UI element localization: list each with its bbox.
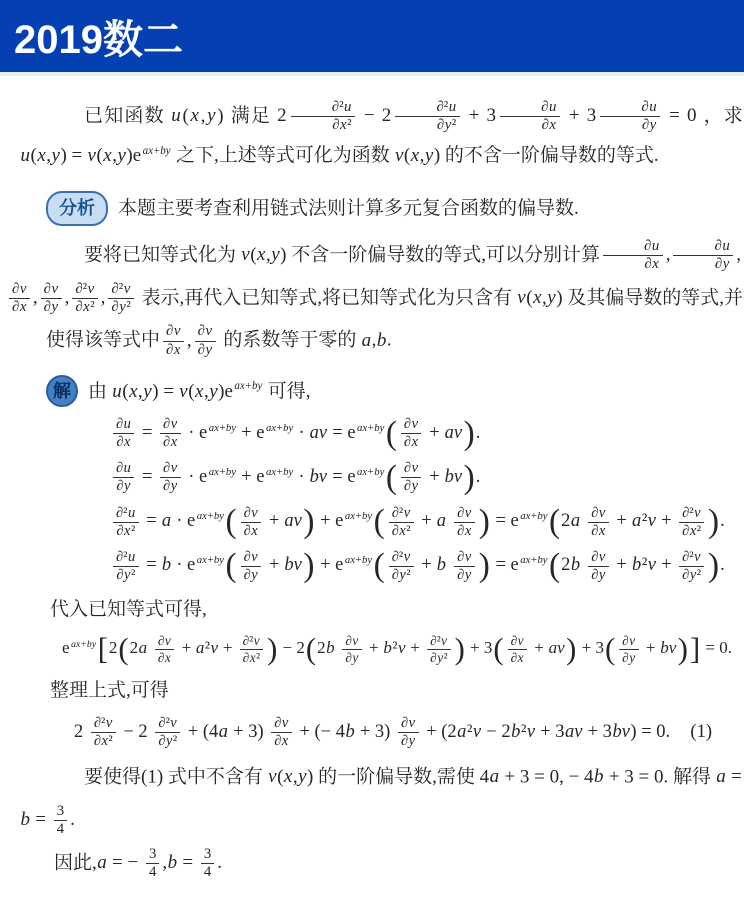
substitute-text: 代入已知等式可得, <box>50 596 722 624</box>
equation-simplified: 2 ∂²v∂x² − 2 ∂²v∂y² + (4a + 3) ∂v∂x + (−… <box>74 715 670 750</box>
analysis-line-3: 使得该等式中∂v∂x,∂v∂y 的系数等于零的 a,b. <box>46 323 722 359</box>
simplify-text: 整理上式,可得 <box>50 677 722 705</box>
equation-1-row: 2 ∂²v∂x² − 2 ∂²v∂y² + (4a + 3) ∂v∂x + (−… <box>74 715 722 750</box>
page-header: 2019数二 <box>0 0 744 76</box>
analysis-badge: 分析 <box>46 191 108 225</box>
equation-d2u-dx2: ∂²u∂x² = a · eax+by(∂v∂x + av) + eax+by(… <box>110 505 722 540</box>
solution-badge: 解 <box>46 375 78 407</box>
solution-document: 已知函数 u(x,y) 满足 2∂²u∂x² − 2∂²u∂y² + 3∂u∂x… <box>0 76 744 897</box>
solution-intro-text: 由 u(x,y) = v(x,y)eax+by 可得, <box>88 378 310 406</box>
equation-d2u-dy2: ∂²u∂y² = b · eax+by(∂v∂y + bv) + eax+by(… <box>110 549 722 584</box>
conclusion-line-1: 要使得(1) 式中不含有 v(x,y) 的一阶偏导数,需使 4a + 3 = 0… <box>46 760 722 796</box>
analysis-line-2: ∂v∂x,∂v∂y,∂²v∂x²,∂²v∂y² 表示,再代入已知等式,将已知等式… <box>6 281 722 317</box>
analysis-line-1: 要将已知等式化为 v(x,y) 不含一阶偏导数的等式,可以分别计算∂u∂x,∂u… <box>46 238 722 274</box>
equation-du-dy: ∂u∂y = ∂v∂y · eax+by + eax+by · bv = eax… <box>110 460 722 495</box>
solution-section-header: 解 由 u(x,y) = v(x,y)eax+by 可得, <box>46 375 722 407</box>
equation-number: (1) <box>690 719 712 746</box>
analysis-section-header: 分析 本题主要考查利用链式法则计算多元复合函数的偏导数. <box>46 191 722 225</box>
page-title: 2019数二 <box>14 8 183 65</box>
equation-substituted: eax+by[2(2a ∂v∂x + a²v + ∂²v∂x²) − 2(2b … <box>62 633 722 665</box>
equation-du-dx: ∂u∂x = ∂v∂x · eax+by + eax+by · av = eax… <box>110 416 722 451</box>
conclusion-line-2: b = 34. <box>20 803 722 839</box>
conclusion-line-3: 因此,a = − 34,b = 34. <box>54 846 722 882</box>
analysis-intro-text: 本题主要考查利用链式法则计算多元复合函数的偏导数. <box>118 195 579 223</box>
problem-statement-line-1: 已知函数 u(x,y) 满足 2∂²u∂x² − 2∂²u∂y² + 3∂u∂x… <box>46 99 722 135</box>
problem-statement-line-2: u(x,y) = v(x,y)eax+by 之下,上述等式可化为函数 v(x,y… <box>20 142 722 170</box>
